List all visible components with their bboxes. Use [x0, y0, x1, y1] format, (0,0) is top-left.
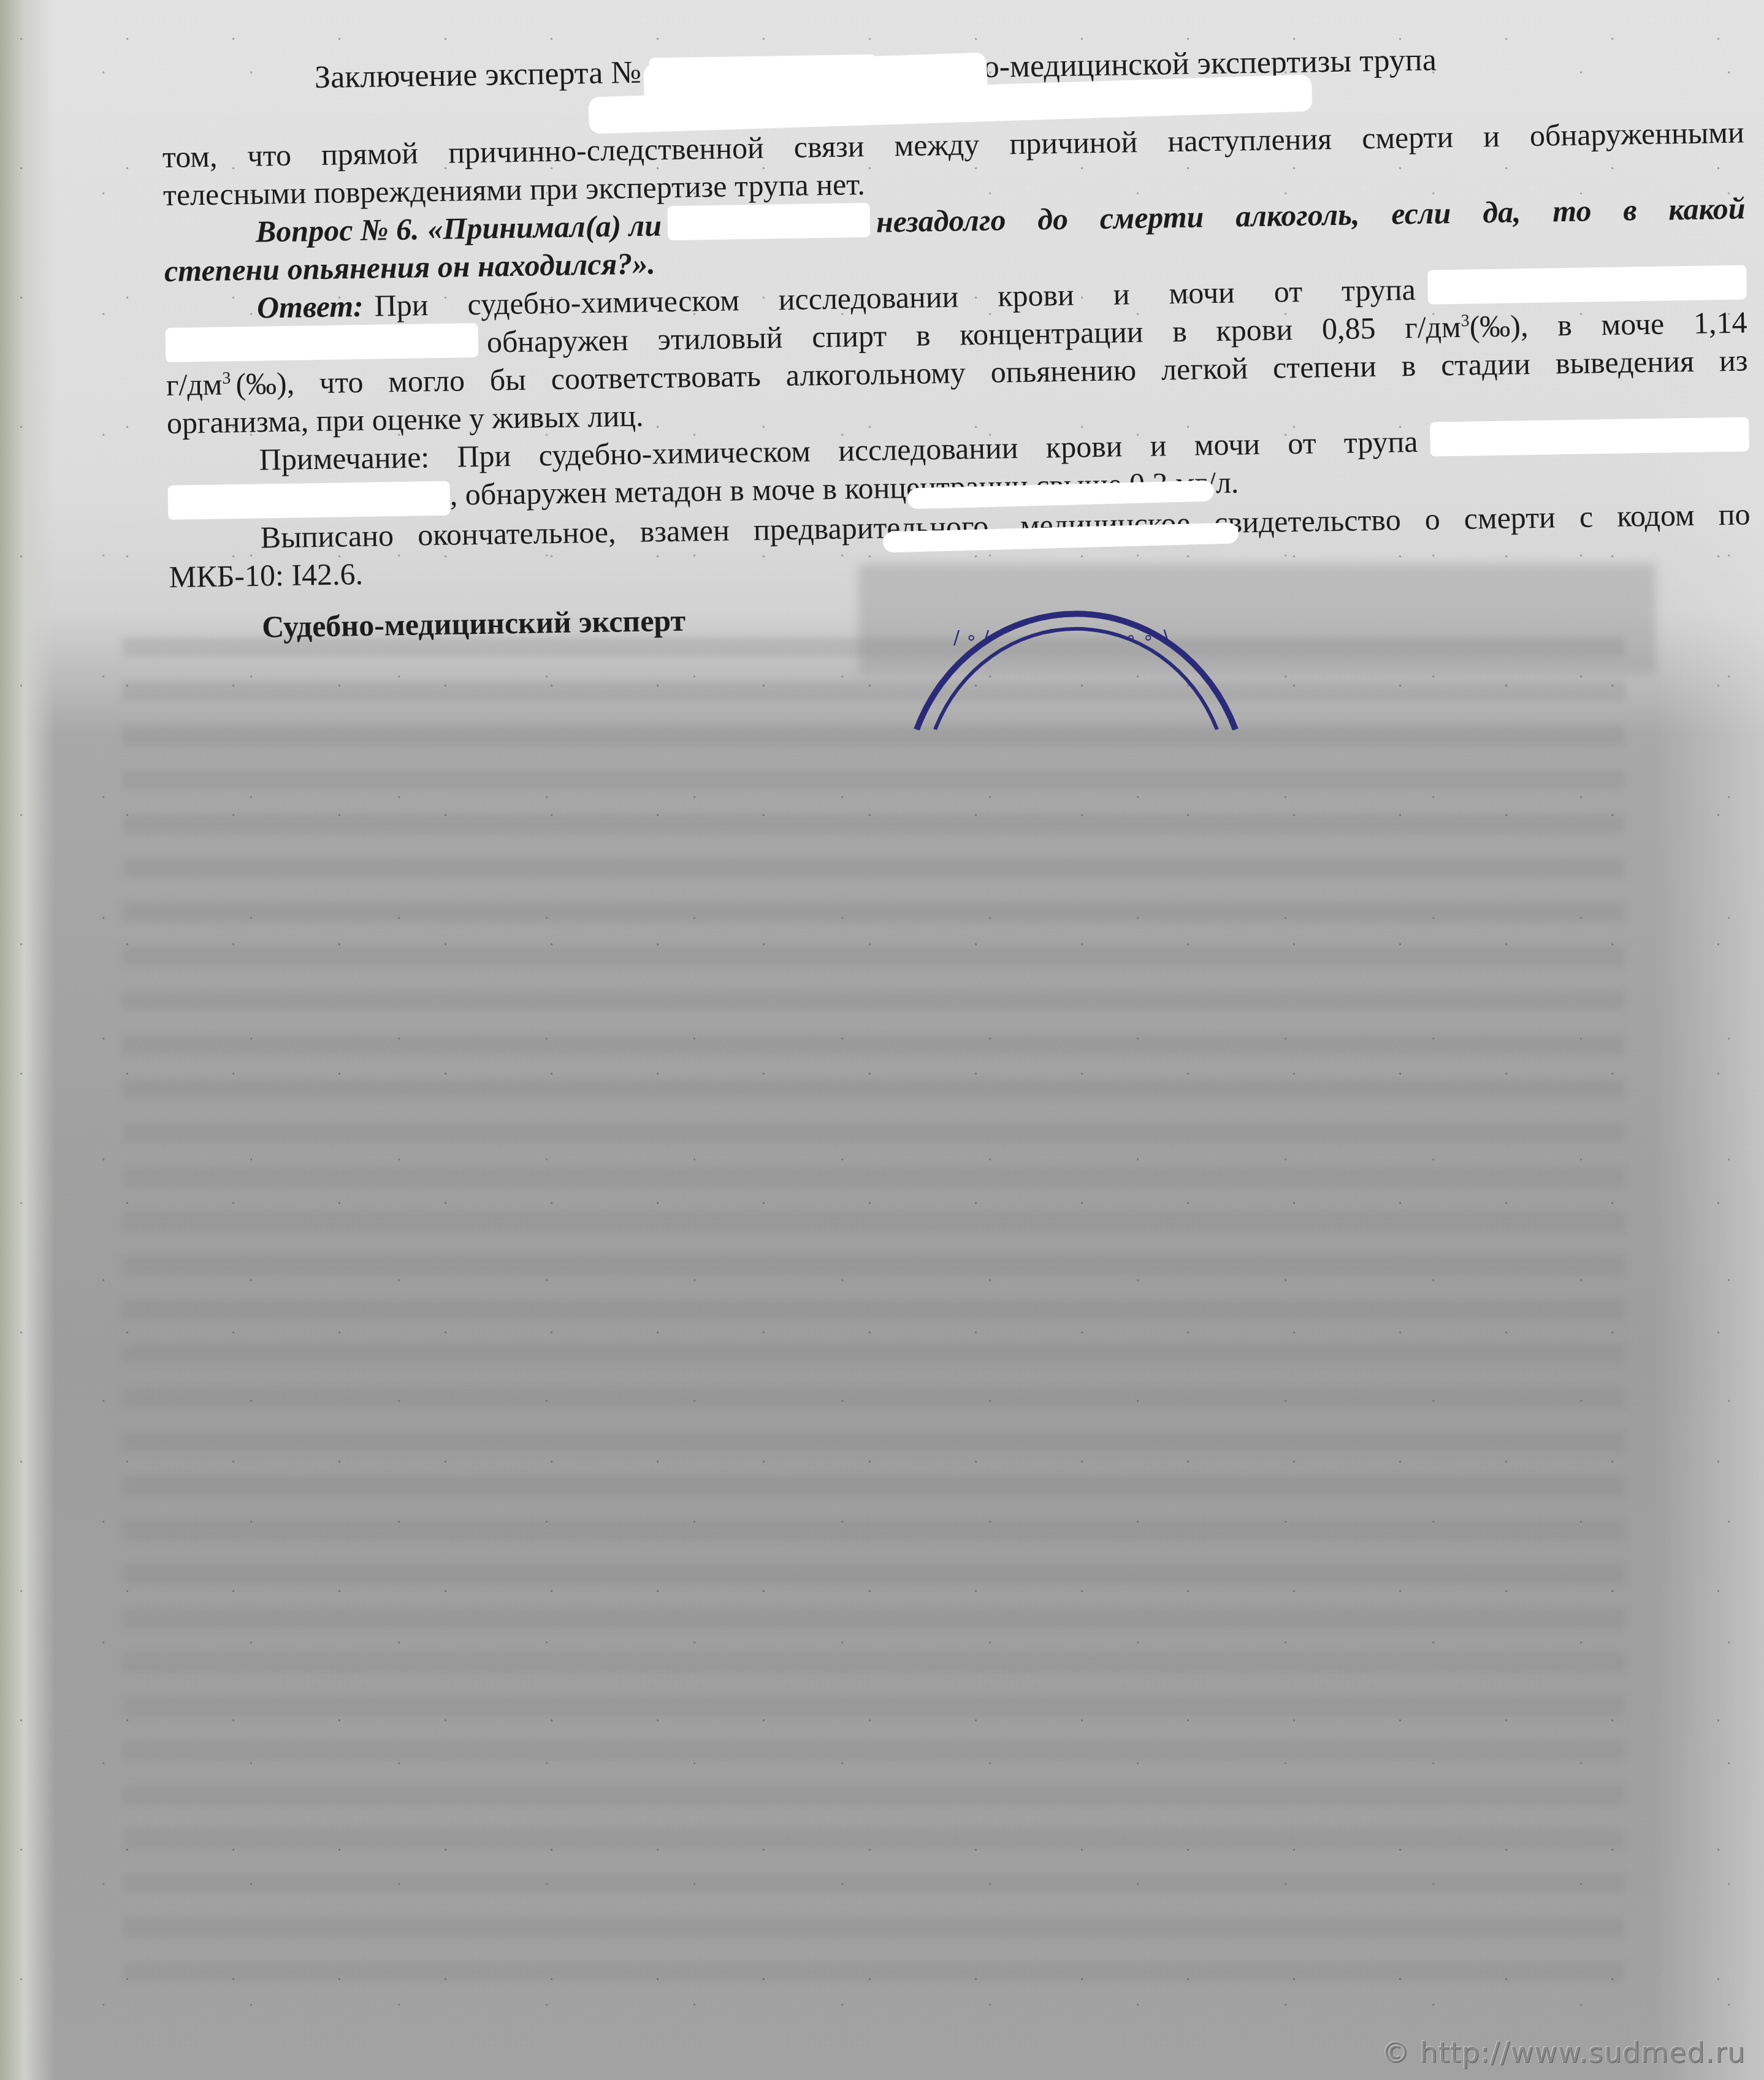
redacted-name	[668, 203, 871, 240]
redacted-name	[165, 323, 478, 362]
redacted-name	[1430, 417, 1749, 456]
redacted-name	[1427, 265, 1747, 304]
bleed-through-text-region	[123, 613, 1625, 1992]
redacted-name	[167, 481, 450, 519]
copyright-watermark: © http://www.sudmed.ru	[1381, 2036, 1746, 2069]
